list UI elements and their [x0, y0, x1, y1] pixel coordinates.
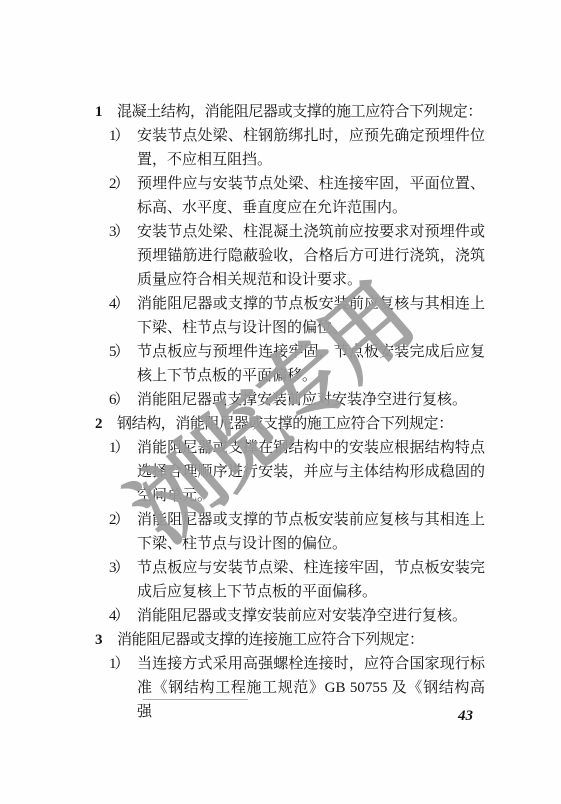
- list-item-marker: 6）: [109, 388, 128, 412]
- clause-number: 1: [95, 100, 117, 124]
- list-item-marker: 2）: [109, 508, 128, 532]
- clause-heading: 1混凝土结构，消能阻尼器或支撑的施工应符合下列规定：: [95, 100, 495, 124]
- list-item-text: 消能阻尼器或支撑的节点板安装前应复核与其相连上下梁、柱节点与设计图的偏位。: [137, 512, 485, 552]
- list-item: 2）预埋件应与安装节点处梁、柱连接牢固，平面位置、标高、水平度、垂直度应在允许范…: [137, 172, 485, 220]
- list-item: 1）安装节点处梁、柱钢筋绑扎时，应预先确定预埋件位置，不应相互阻挡。: [137, 124, 485, 172]
- list-item-marker: 3）: [109, 220, 128, 244]
- list-item: 4）消能阻尼器或支撑的节点板安装前应复核与其相连上下梁、柱节点与设计图的偏位。: [137, 292, 485, 340]
- clause-1: 1混凝土结构，消能阻尼器或支撑的施工应符合下列规定： 1）安装节点处梁、柱钢筋绑…: [95, 100, 495, 412]
- list-item-marker: 1）: [109, 124, 128, 148]
- list-item: 3）安装节点处梁、柱混凝土浇筑前应按要求对预埋件或预埋锚筋进行隐蔽验收，合格后方…: [137, 220, 485, 292]
- list-item: 1）当连接方式采用高强螺栓连接时，应符合国家现行标准《钢结构工程施工规范》GB …: [137, 652, 485, 724]
- scan-underline-artifact: [143, 699, 248, 700]
- list-item-text: 节点板应与安装节点梁、柱连接牢固，节点板安装完成后应复核上下节点板的平面偏移。: [137, 560, 485, 600]
- clause-number: 2: [95, 412, 117, 436]
- list-item: 4）消能阻尼器或支撑安装前应对安装净空进行复核。: [137, 604, 485, 628]
- list-item: 3）节点板应与安装节点梁、柱连接牢固，节点板安装完成后应复核上下节点板的平面偏移…: [137, 556, 485, 604]
- document-page: 浏览专用 1混凝土结构，消能阻尼器或支撑的施工应符合下列规定： 1）安装节点处梁…: [0, 0, 561, 804]
- clause-number: 3: [95, 628, 117, 652]
- clause-2: 2钢结构，消能阻尼器或支撑的施工应符合下列规定： 1）消能阻尼器或支撑在钢结构中…: [95, 412, 495, 628]
- list-item-text: 消能阻尼器或支撑的节点板安装前应复核与其相连上下梁、柱节点与设计图的偏位。: [137, 296, 485, 336]
- clause-heading: 2钢结构，消能阻尼器或支撑的施工应符合下列规定：: [95, 412, 495, 436]
- list-item-marker: 1）: [109, 652, 128, 676]
- list-item-text: 预埋件应与安装节点处梁、柱连接牢固，平面位置、标高、水平度、垂直度应在允许范围内…: [137, 176, 485, 216]
- document-content: 1混凝土结构，消能阻尼器或支撑的施工应符合下列规定： 1）安装节点处梁、柱钢筋绑…: [95, 100, 495, 724]
- list-item-text: 消能阻尼器或支撑安装前应对安装净空进行复核。: [137, 392, 467, 408]
- clause-title: 混凝土结构，消能阻尼器或支撑的施工应符合下列规定：: [117, 104, 482, 120]
- list-item-text: 消能阻尼器或支撑安装前应对安装净空进行复核。: [137, 608, 467, 624]
- list-item-marker: 2）: [109, 172, 128, 196]
- list-item: 1）消能阻尼器或支撑在钢结构中的安装应根据结构特点选择合理顺序进行安装，并应与主…: [137, 436, 485, 508]
- list-item-marker: 1）: [109, 436, 128, 460]
- list-item-text: 安装节点处梁、柱混凝土浇筑前应按要求对预埋件或预埋锚筋进行隐蔽验收，合格后方可进…: [137, 224, 485, 288]
- list-item: 6）消能阻尼器或支撑安装前应对安装净空进行复核。: [137, 388, 485, 412]
- list-item: 2）消能阻尼器或支撑的节点板安装前应复核与其相连上下梁、柱节点与设计图的偏位。: [137, 508, 485, 556]
- list-item-text: 安装节点处梁、柱钢筋绑扎时，应预先确定预埋件位置，不应相互阻挡。: [137, 128, 485, 168]
- clause-3: 3消能阻尼器或支撑的连接施工应符合下列规定： 1）当连接方式采用高强螺栓连接时，…: [95, 628, 495, 724]
- list-item-text: 消能阻尼器或支撑在钢结构中的安装应根据结构特点选择合理顺序进行安装，并应与主体结…: [137, 440, 485, 504]
- list-item-marker: 5）: [109, 340, 128, 364]
- list-item-marker: 4）: [109, 604, 128, 628]
- clause-heading: 3消能阻尼器或支撑的连接施工应符合下列规定：: [95, 628, 495, 652]
- page-number: 43: [458, 704, 473, 728]
- list-item-marker: 4）: [109, 292, 128, 316]
- clause-title: 消能阻尼器或支撑的连接施工应符合下列规定：: [117, 632, 424, 648]
- list-item-text: 节点板应与预埋件连接牢固，节点板安装完成后应复核上下节点板的平面偏移。: [137, 344, 485, 384]
- list-item-text: 当连接方式采用高强螺栓连接时，应符合国家现行标准《钢结构工程施工规范》GB 50…: [137, 656, 485, 720]
- list-item-marker: 3）: [109, 556, 128, 580]
- list-item: 5）节点板应与预埋件连接牢固，节点板安装完成后应复核上下节点板的平面偏移。: [137, 340, 485, 388]
- clause-title: 钢结构，消能阻尼器或支撑的施工应符合下列规定：: [117, 416, 453, 432]
